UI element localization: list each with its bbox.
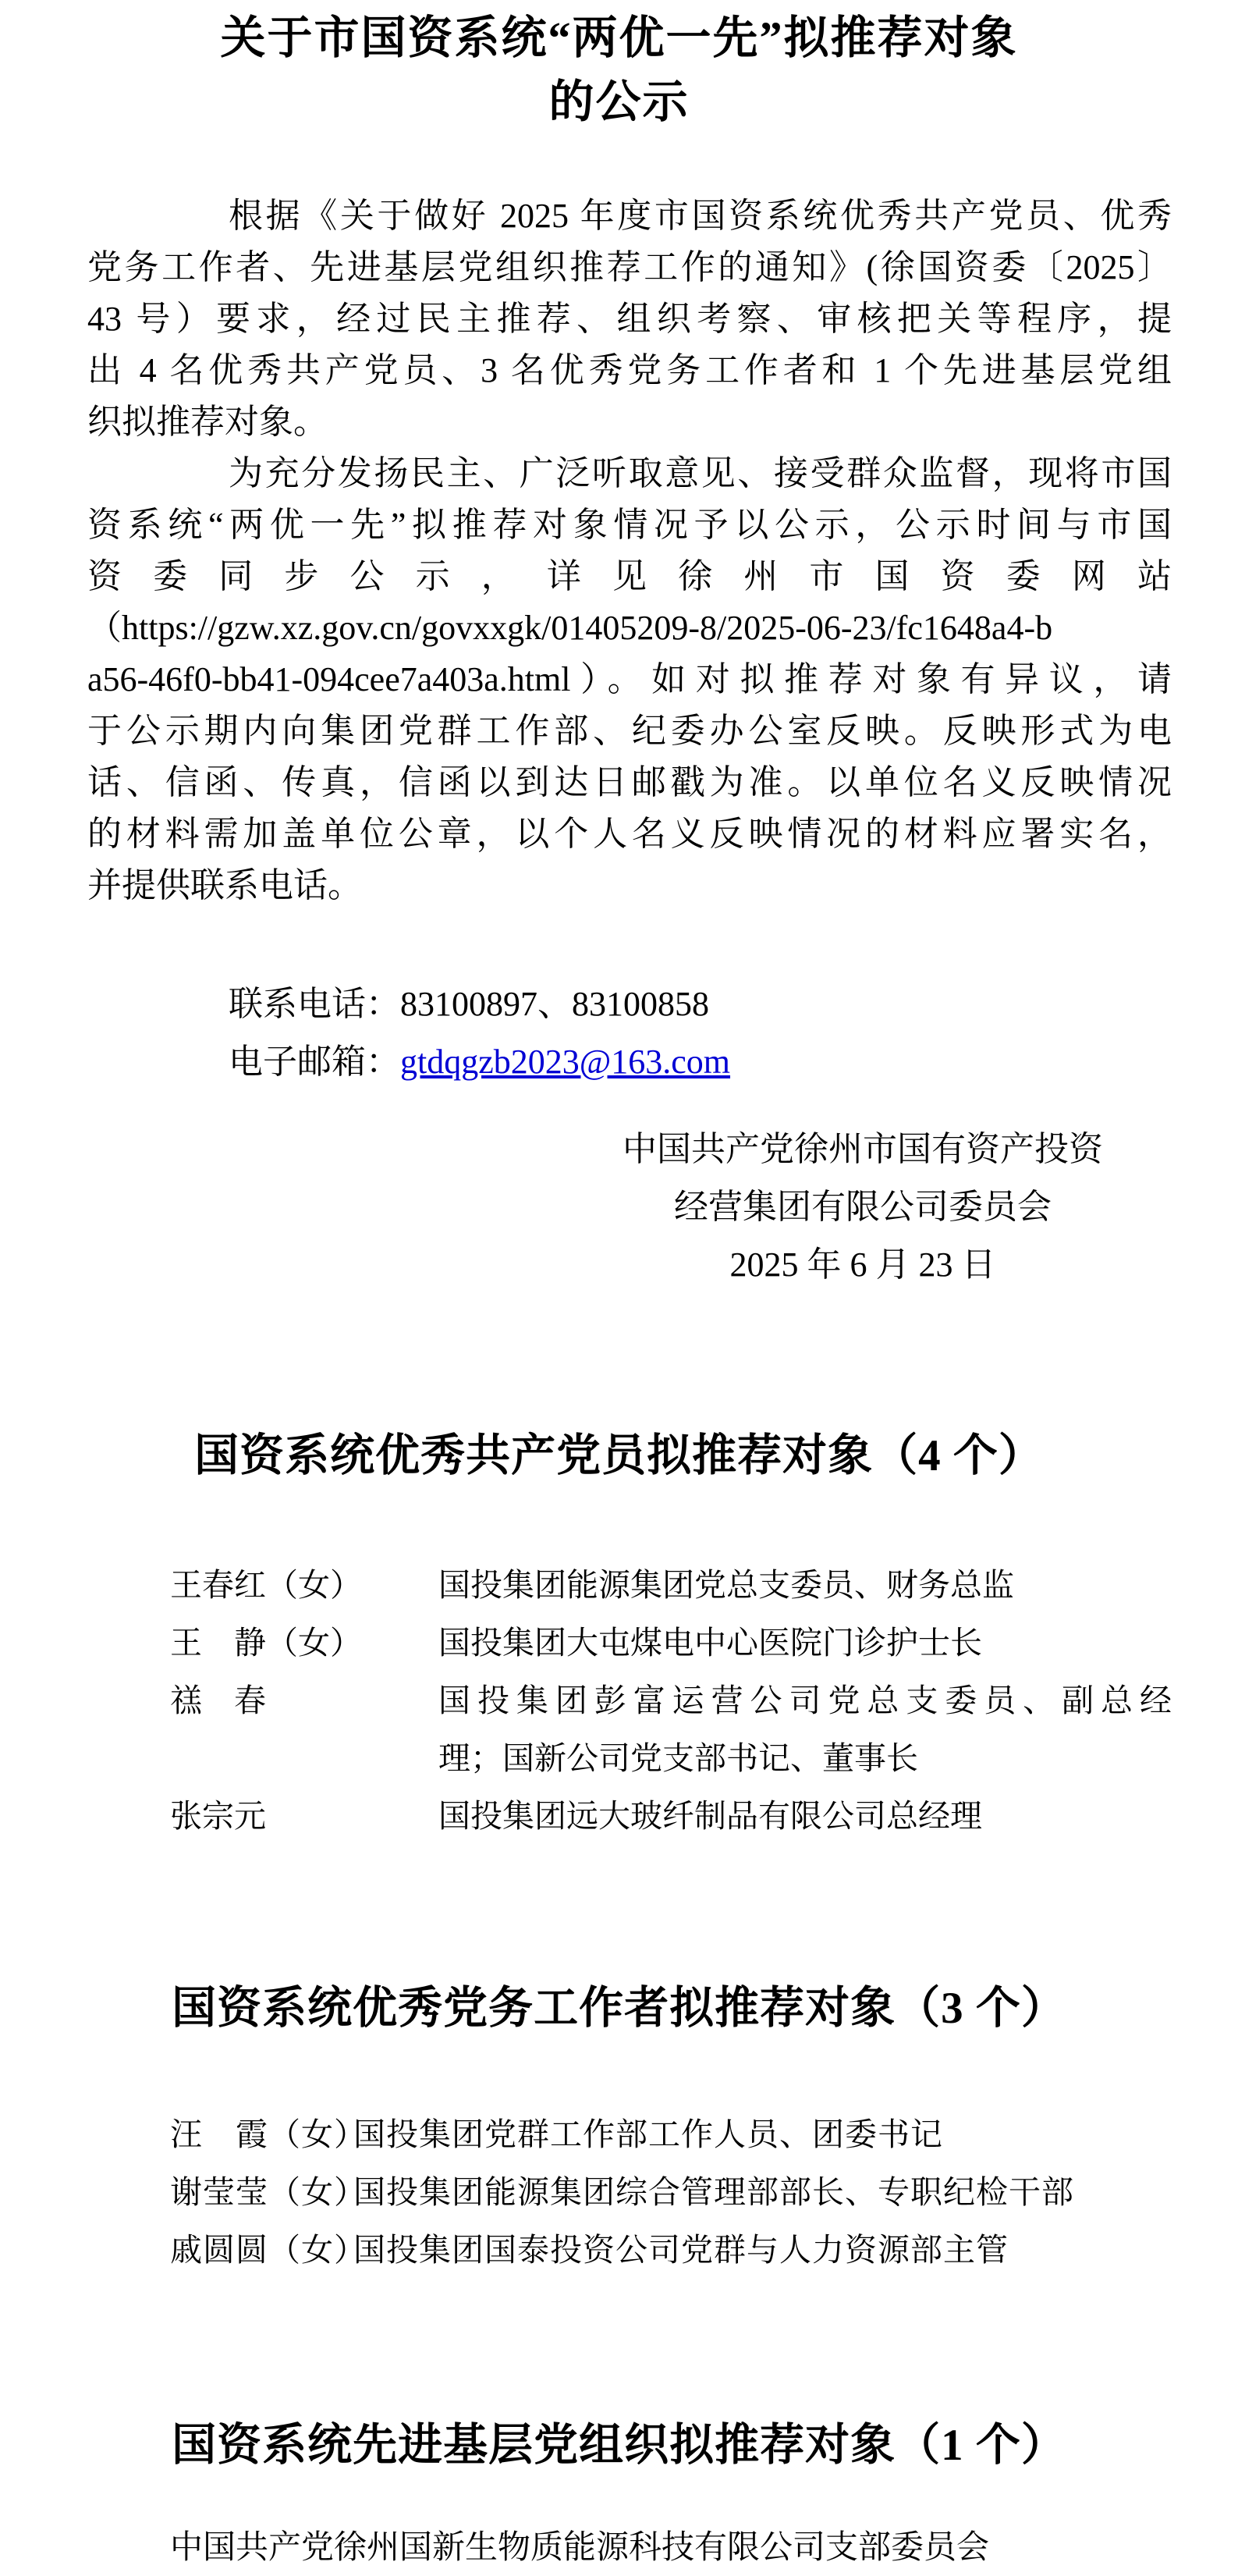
candidate-name: 谢莹莹（女） [170,2163,353,2221]
paragraph-publicity: 为充分发扬民主、广泛听取意见、接受群众监督，现将市国 资系统“两优一先”拟推荐对… [87,448,1172,911]
list-item: 戚圆圆（女） 国投集团国泰投资公司党群与人力资源部主管 [170,2221,1172,2279]
candidate-position: 国投集团国泰投资公司党群与人力资源部主管 [353,2221,1172,2279]
list-item: 禚 春 国投集团彭富运营公司党总支委员、副总经 理；国新公司党支部书记、董事长 [170,1672,1172,1787]
list-item: 汪 霞（女） 国投集团党群工作部工作人员、团委书记 [170,2105,1172,2163]
paragraph-basis: 根据《关于做好 2025 年度市国资系统优秀共产党员、优秀 党务工作者、先进基层… [87,190,1172,448]
candidate-name: 戚圆圆（女） [170,2221,353,2279]
paragraph-line: 并提供联系电话。 [87,860,1172,911]
candidate-position: 国投集团大屯煤电中心医院门诊护士长 [438,1614,1172,1672]
section-heading-advanced-organizations: 国资系统先进基层党组织拟推荐对象（1 个） [0,2414,1238,2477]
list-item: 谢莹莹（女） 国投集团能源集团综合管理部部长、专职纪检干部 [170,2163,1172,2221]
signature-block: 中国共产党徐州市国有资产投资 经营集团有限公司委员会 2025 年 6 月 23… [623,1121,1103,1294]
page-title-line-1: 关于市国资系统“两优一先”拟推荐对象 [0,6,1238,70]
candidate-name: 张宗元 [170,1787,438,1845]
contact-phone: 联系电话：83100897、83100858 [229,975,730,1033]
signature-date: 2025 年 6 月 23 日 [623,1236,1103,1294]
candidate-name: 王春红（女） [170,1556,438,1614]
paragraph-line: 于公示期内向集团党群工作部、纪委办公室反映。反映形式为电 [87,705,1172,757]
contact-block: 联系电话：83100897、83100858 电子邮箱：gtdqgzb2023@… [229,975,730,1091]
candidate-name: 王 静（女） [170,1614,438,1672]
paragraph-line: 资委同步公示，详见徐州市国资委网站 [87,551,1172,602]
paragraph-line: 资系统“两优一先”拟推荐对象情况予以公示，公示时间与市国 [87,499,1172,551]
document-page: 关于市国资系统“两优一先”拟推荐对象 的公示 根据《关于做好 2025 年度市国… [0,0,1238,2576]
email-link[interactable]: gtdqgzb2023@163.com [400,1043,730,1081]
paragraph-line: 出 4 名优秀共产党员、3 名优秀党务工作者和 1 个先进基层党组 [87,345,1172,396]
section-heading-party-affairs-workers: 国资系统优秀党务工作者拟推荐对象（3 个） [0,1977,1238,2040]
paragraph-line-url: a56-46f0-bb41-094cee7a403a.html）。如对拟推荐对象… [87,654,1172,705]
page-title-line-2: 的公示 [0,70,1238,134]
candidate-position-continued: 理；国新公司党支部书记、董事长 [438,1729,1172,1787]
paragraph-line-url: （https://gzw.xz.gov.cn/govxxgk/01405209-… [87,602,1172,654]
candidate-name: 汪 霞（女） [170,2105,353,2163]
paragraph-line: 为充分发扬民主、广泛听取意见、接受群众监督，现将市国 [87,448,1172,499]
section-heading-party-members: 国资系统优秀共产党员拟推荐对象（4 个） [0,1425,1238,1487]
candidate-position: 国投集团能源集团综合管理部部长、专职纪检干部 [353,2163,1172,2221]
candidate-position: 国投集团党群工作部工作人员、团委书记 [353,2105,1172,2163]
party-member-list: 王春红（女） 国投集团能源集团党总支委员、财务总监 王 静（女） 国投集团大屯煤… [170,1556,1172,1845]
candidate-position: 国投集团彭富运营公司党总支委员、副总经 [438,1672,1172,1729]
paragraph-line: 43 号）要求，经过民主推荐、组织考察、审核把关等程序，提 [87,293,1172,345]
advanced-organization-name: 中国共产党徐州国新生物质能源科技有限公司支部委员会 [170,2522,989,2574]
list-item: 张宗元 国投集团远大玻纤制品有限公司总经理 [170,1787,1172,1845]
contact-email-label: 电子邮箱： [229,1043,400,1081]
paragraph-line: 话、信函、传真，信函以到达日邮戳为准。以单位名义反映情况 [87,757,1172,808]
party-affairs-worker-list: 汪 霞（女） 国投集团党群工作部工作人员、团委书记 谢莹莹（女） 国投集团能源集… [170,2105,1172,2279]
candidate-position: 国投集团远大玻纤制品有限公司总经理 [438,1787,1172,1845]
signature-org-line-2: 经营集团有限公司委员会 [623,1178,1103,1236]
signature-org-line-1: 中国共产党徐州市国有资产投资 [623,1121,1103,1178]
paragraph-line: 的材料需加盖单位公章，以个人名义反映情况的材料应署实名， [87,808,1172,860]
candidate-name: 禚 春 [170,1672,438,1729]
paragraph-line: 党务工作者、先进基层党组织推荐工作的通知》(徐国资委〔2025〕 [87,242,1172,293]
page-title: 关于市国资系统“两优一先”拟推荐对象 的公示 [0,6,1238,134]
contact-email-line: 电子邮箱：gtdqgzb2023@163.com [229,1033,730,1091]
candidate-position: 国投集团能源集团党总支委员、财务总监 [438,1556,1172,1614]
paragraph-line: 根据《关于做好 2025 年度市国资系统优秀共产党员、优秀 [87,190,1172,242]
list-item: 王 静（女） 国投集团大屯煤电中心医院门诊护士长 [170,1614,1172,1672]
paragraph-line: 织拟推荐对象。 [87,396,1172,448]
list-item: 王春红（女） 国投集团能源集团党总支委员、财务总监 [170,1556,1172,1614]
